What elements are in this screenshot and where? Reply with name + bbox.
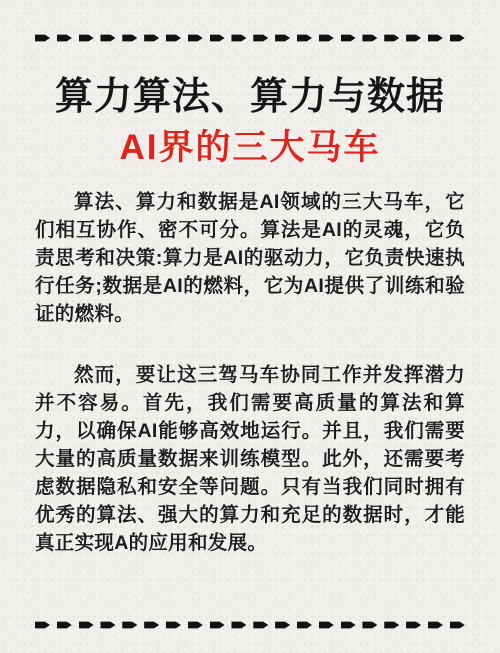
arrow-dash-icon [231, 621, 246, 630]
arrow-dash-icon [144, 34, 159, 43]
top-dashed-border [35, 33, 465, 43]
arrow-dash-icon [297, 34, 312, 43]
arrow-dash-icon [210, 34, 225, 43]
arrow-dash-icon [275, 621, 290, 630]
arrow-dash-icon [35, 621, 50, 630]
arrow-dash-icon [341, 34, 356, 43]
arrow-dash-icon [450, 621, 465, 630]
arrow-dash-icon [144, 621, 159, 630]
title-block: 算力算法、算力与数据 AI界的三大马车 [0, 74, 500, 168]
arrow-dash-icon [100, 621, 115, 630]
arrow-dash-icon [57, 34, 72, 43]
arrow-dash-icon [231, 34, 246, 43]
body-text: 算法、算力和数据是AI领域的三大马车，它们相互协作、密不可分。算法是AI的灵魂，… [35, 188, 465, 590]
arrow-dash-icon [384, 621, 399, 630]
page-subtitle: AI界的三大马车 [0, 128, 500, 168]
arrow-dash-icon [253, 621, 268, 630]
arrow-dash-icon [188, 621, 203, 630]
arrow-dash-icon [384, 34, 399, 43]
arrow-dash-icon [79, 34, 94, 43]
arrow-dash-icon [188, 34, 203, 43]
arrow-dash-icon [35, 34, 50, 43]
arrow-dash-icon [100, 34, 115, 43]
arrow-dash-icon [319, 34, 334, 43]
paragraph-1: 算法、算力和数据是AI领域的三大马车，它们相互协作、密不可分。算法是AI的灵魂，… [35, 188, 465, 328]
page-title: 算力算法、算力与数据 [0, 74, 500, 120]
arrow-dash-icon [122, 34, 137, 43]
arrow-dash-icon [406, 34, 421, 43]
poster-page: 算力算法、算力与数据 AI界的三大马车 算法、算力和数据是AI领域的三大马车，它… [0, 0, 500, 653]
arrow-dash-icon [341, 621, 356, 630]
arrow-dash-icon [450, 34, 465, 43]
arrow-dash-icon [362, 34, 377, 43]
arrow-dash-icon [362, 621, 377, 630]
arrow-dash-icon [253, 34, 268, 43]
arrow-dash-icon [319, 621, 334, 630]
arrow-dash-icon [406, 621, 421, 630]
arrow-dash-icon [166, 34, 181, 43]
arrow-dash-icon [57, 621, 72, 630]
arrow-dash-icon [428, 34, 443, 43]
arrow-dash-icon [275, 34, 290, 43]
arrow-dash-icon [210, 621, 225, 630]
arrow-dash-icon [428, 621, 443, 630]
arrow-dash-icon [297, 621, 312, 630]
arrow-dash-icon [122, 621, 137, 630]
bottom-dashed-border [35, 620, 465, 630]
arrow-dash-icon [166, 621, 181, 630]
arrow-dash-icon [79, 621, 94, 630]
paragraph-2: 然而，要让这三驾马车协同工作并发挥潜力并不容易。首先，我们需要高质量的算法和算力… [35, 361, 465, 557]
